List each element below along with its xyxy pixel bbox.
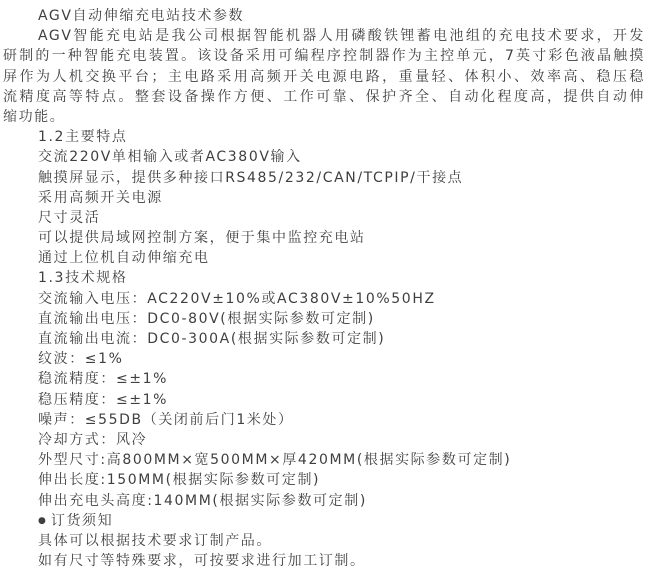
- spec-line-noise: 噪声：≤55DB（关闭前后门1米处）: [3, 410, 645, 430]
- feature-line: 尺寸灵活: [3, 208, 645, 228]
- section-heading-order-notes: ●订货须知: [3, 511, 645, 531]
- spec-line-current-stability: 稳流精度：≤±1%: [3, 369, 645, 389]
- spec-line-charging-head-height: 伸出充电头高度:140MM(根据实际参数可定制): [3, 491, 645, 511]
- spec-line-dc-output-voltage: 直流输出电压：DC0-80V(根据实际参数可定制): [3, 309, 645, 329]
- section-heading-tech-specs: 1.3技术规格: [3, 268, 645, 288]
- spec-line-ripple: 纹波：≤1%: [3, 349, 645, 369]
- spec-line-dimensions: 外型尺寸:高800MM×宽500MM×厚420MM(根据实际参数可定制): [3, 450, 645, 470]
- feature-line: 可以提供局域网控制方案，便于集中监控充电站: [3, 228, 645, 248]
- intro-line: AGV智能充电站是我公司根据智能机器人用磷酸铁锂蓄电池组的充电技术要求，开发: [3, 26, 645, 46]
- spec-line-cooling: 冷却方式：风冷: [3, 430, 645, 450]
- intro-line: 流精度高等特点。整套设备操作方便、工作可靠、保护齐全、自动化程度高，提供自动伸: [3, 87, 645, 107]
- feature-line: 通过上位机自动伸缩充电: [3, 248, 645, 268]
- spec-line-voltage-stability: 稳压精度：≤±1%: [3, 390, 645, 410]
- intro-line: 屏作为人机交换平台；主电路采用高频开关电源电路，重量轻、体积小、效率高、稳压稳: [3, 67, 645, 87]
- doc-title: AGV自动伸缩充电站技术参数: [3, 6, 645, 26]
- section-heading-main-features: 1.2主要特点: [3, 127, 645, 147]
- intro-line: 研制的一种智能充电装置。该设备采用可编程序控制器作为主控单元，7英寸彩色液晶触摸: [3, 46, 645, 66]
- bullet-icon: ●: [38, 511, 46, 531]
- note-line: 具体可以根据技术要求订制产品。: [3, 531, 645, 551]
- document-page: AGV自动伸缩充电站技术参数AGV智能充电站是我公司根据智能机器人用磷酸铁锂蓄电…: [0, 0, 650, 570]
- line-text: 订货须知: [51, 513, 113, 529]
- spec-line-ac-input-voltage: 交流输入电压：AC220V±10%或AC380V±10%50HZ: [3, 289, 645, 309]
- spec-line-extension-length: 伸出长度:150MM(根据实际参数可定制): [3, 470, 645, 490]
- document-body: AGV自动伸缩充电站技术参数AGV智能充电站是我公司根据智能机器人用磷酸铁锂蓄电…: [0, 0, 650, 570]
- feature-line: 采用高频开关电源: [3, 188, 645, 208]
- feature-line: 触摸屏显示，提供多种接口RS485/232/CAN/TCPIP/干接点: [3, 168, 645, 188]
- note-line: 如有尺寸等特殊要求，可按要求进行加工订制。: [3, 551, 645, 570]
- feature-line: 交流220V单相输入或者AC380V输入: [3, 147, 645, 167]
- spec-line-dc-output-current: 直流输出电流：DC0-300A(根据实际参数可定制): [3, 329, 645, 349]
- intro-line: 缩功能。: [3, 107, 645, 127]
